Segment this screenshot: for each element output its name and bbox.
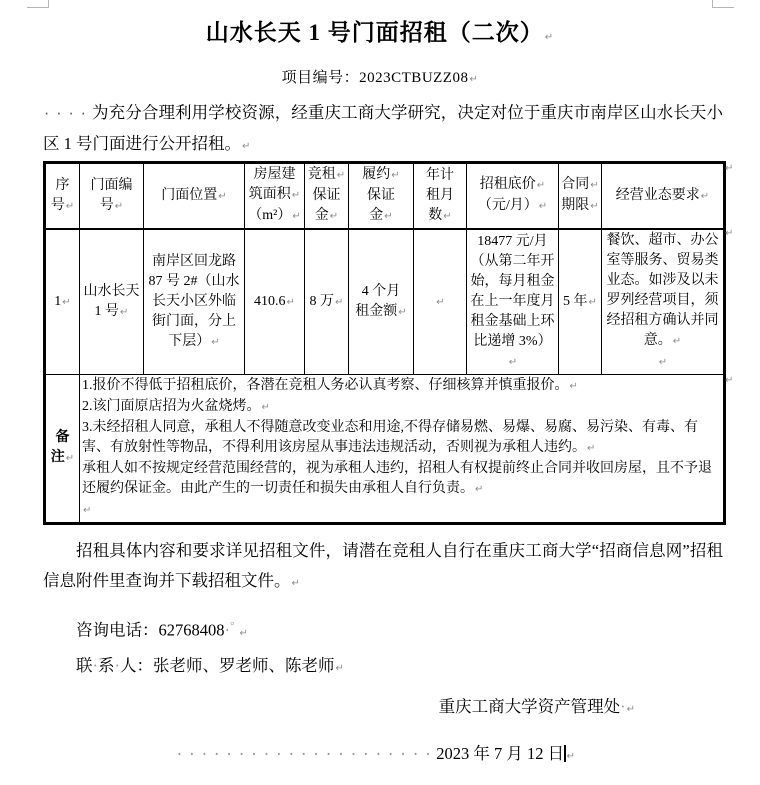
paragraph-mark: ↵ xyxy=(62,297,70,308)
signature-line: 重庆工商大学资产管理处·↵ xyxy=(43,692,723,725)
cell-line: 5 年↵ xyxy=(561,292,599,313)
paragraph-mark: ↵ xyxy=(443,211,451,222)
paragraph-mark: ↵ xyxy=(218,191,226,202)
paragraph-mark: ↵ xyxy=(673,336,681,347)
cell-line: 金↵ xyxy=(351,206,411,227)
cell-line: 房屋建 xyxy=(247,165,302,185)
header-cell: 经营业态要求↵ xyxy=(602,163,725,230)
paragraph-mark: ↵ xyxy=(120,307,128,318)
space-mark: · xyxy=(620,697,626,716)
cell-line: 在上一年度月 xyxy=(469,292,556,312)
paragraph-mark: ↵ xyxy=(211,337,219,348)
title-text: 山水长天 1 号门面招租（二次） xyxy=(206,20,544,45)
paragraph-mark: ↵ xyxy=(262,402,270,413)
cell-line: 18477 元/月 xyxy=(469,232,556,252)
cell-line: 始，每月租金 xyxy=(469,272,556,292)
cell-line: 数↵ xyxy=(416,206,464,227)
text-cursor xyxy=(564,745,566,762)
cell-line: 意。↵ xyxy=(604,331,721,352)
cell-line: 号↵ xyxy=(48,196,77,217)
remarks-label-cell: 备注↵ xyxy=(45,375,80,524)
cell-line: 保证 xyxy=(351,186,411,206)
paragraph-mark: ↵ xyxy=(115,201,123,212)
header-cell: 履约↵保证金↵ xyxy=(349,163,414,230)
cell-line: 租金额↵ xyxy=(351,302,411,323)
cell-line: 南岸区回龙路 xyxy=(146,252,242,272)
paragraph-mark: ↵ xyxy=(570,381,578,392)
data-cell: 南岸区回龙路87 号 2#（山水长天小区外临街门面，分上下层）↵ xyxy=(144,229,245,375)
cell-line: 经营业态要求↵ xyxy=(604,186,721,207)
cell-line: （元/月）↵ xyxy=(469,196,556,217)
remark-paragraph: 2.该门面原店招为火盆烧烤。↵ xyxy=(82,397,721,418)
row-end-mark: ↵ xyxy=(725,228,733,239)
cell-line: ↵ xyxy=(416,292,464,313)
cell-line: 经招租方确认并同 xyxy=(604,311,721,331)
cell-line: 期限↵ xyxy=(561,196,599,217)
header-cell: 年计租月数↵ xyxy=(414,163,467,230)
header-cell: 竞租↵保证金↵ xyxy=(305,163,349,230)
paragraph-mark: ↵ xyxy=(335,297,343,308)
cell-line: 履约↵ xyxy=(351,165,411,186)
cell-line: 下层）↵ xyxy=(146,332,242,353)
intro-paragraph: ····为充分合理利用学校资源，经重庆工商大学研究，决定对位于重庆市南岸区山水长… xyxy=(43,98,723,162)
paragraph-mark: ↵ xyxy=(587,443,595,454)
table-data-row: 1↵山水长天1 号↵南岸区回龙路87 号 2#（山水长天小区外临街门面，分上下层… xyxy=(45,229,725,375)
remark-paragraph: 1.报价不得低于招租底价，各潜在竞租人务必认真考察、仔细核算并慎重报价。↵ xyxy=(82,376,721,397)
paragraph-mark: ↵ xyxy=(398,307,406,318)
leader-space-marks: ····················· xyxy=(175,747,436,763)
paragraph-mark: ↵ xyxy=(292,578,300,589)
cell-line: 街门面，分上 xyxy=(146,312,242,332)
date-text: 2023 年 7 月 12 日 xyxy=(436,744,564,763)
paragraph-mark: ↵ xyxy=(292,211,300,222)
cell-line: 租金基础上环 xyxy=(469,312,556,332)
date-line: ·····················2023 年 7 月 12 日↵ xyxy=(43,739,723,772)
header-cell: 门面编号↵ xyxy=(80,163,144,230)
paragraph-mark: ↵ xyxy=(240,628,248,639)
cell-line: 87 号 2#（山水 xyxy=(146,272,242,292)
contact-line: 联·系·人：张老师、罗老师、陈老师↵ xyxy=(43,651,723,684)
paragraph-mark: ↵ xyxy=(659,357,667,368)
project-number-value: 2023CTBUZZ08 xyxy=(359,70,468,86)
paragraph-mark: ↵ xyxy=(469,74,478,85)
data-cell: 餐饮、超市、办公室等服务、贸易类业态。如涉及以未罗列经营项目，须经招租方确认并同… xyxy=(602,229,725,375)
paragraph-mark: ↵ xyxy=(590,201,598,212)
cell-line: 长天小区外临 xyxy=(146,292,242,312)
header-cell: 序号↵ xyxy=(45,163,80,230)
data-cell: 山水长天1 号↵ xyxy=(80,229,144,375)
project-number-label: 项目编号： xyxy=(282,70,360,86)
paragraph-mark: ↵ xyxy=(83,505,91,516)
table-header-row: 序号↵门面编号↵门面位置↵房屋建筑面积↵（m²）↵竞租↵保证金↵履约↵保证金↵年… xyxy=(45,163,725,230)
cell-line: 1↵ xyxy=(48,292,77,313)
cell-line: 业态。如涉及以未 xyxy=(604,271,721,291)
paragraph-mark: ↵ xyxy=(292,190,300,201)
paragraph-mark: ↵ xyxy=(66,453,74,464)
cell-line: ↵ xyxy=(604,352,721,373)
paragraph-mark: ↵ xyxy=(567,751,575,762)
space-marks: ···· xyxy=(43,107,92,121)
header-cell: 房屋建筑面积↵（m²）↵ xyxy=(245,163,305,230)
paragraph-mark: ↵ xyxy=(509,357,517,368)
paragraph-mark: ↵ xyxy=(627,704,635,715)
paragraph-mark: ↵ xyxy=(539,201,547,212)
signature-text: 重庆工商大学资产管理处 xyxy=(439,697,621,716)
paragraph-mark: ↵ xyxy=(384,211,392,222)
detail-paragraph: 招租具体内容和要求详见招租文件，请潜在竞租人自行在重庆工商大学“招商信息网”招租… xyxy=(43,536,723,599)
cell-line: 注↵ xyxy=(48,448,77,469)
cell-line: 8 万↵ xyxy=(307,292,346,313)
margin-crop-mark-top-left xyxy=(27,0,49,8)
cell-line: 合同↵ xyxy=(561,175,599,196)
cell-line: 门面位置↵ xyxy=(146,186,242,207)
project-number-line: 项目编号：2023CTBUZZ08↵ xyxy=(0,66,760,87)
data-cell: ↵ xyxy=(414,229,467,375)
cell-line: 4 个月 xyxy=(351,282,411,302)
document-page[interactable]: 山水长天 1 号门面招租（二次）↵ 项目编号：2023CTBUZZ08↵ ···… xyxy=(0,0,760,785)
cell-line: 比递增 3%）↵ xyxy=(469,332,556,373)
table-remarks-row: 备注↵ 1.报价不得低于招租底价，各潜在竞租人务必认真考察、仔细核算并慎重报价。… xyxy=(45,375,725,524)
cell-line: 山水长天 xyxy=(82,282,141,302)
header-cell: 招租底价↵（元/月）↵ xyxy=(467,163,559,230)
cell-line: 序 xyxy=(48,176,77,196)
row-end-mark: ↵ xyxy=(725,163,733,174)
cell-line: 410.6↵ xyxy=(247,292,302,313)
data-cell: 5 年↵ xyxy=(559,229,602,375)
phone-line: 咨询电话：62768408·° ↵ xyxy=(43,611,723,649)
cell-line: （m²）↵ xyxy=(247,206,302,227)
paragraph-mark: ↵ xyxy=(537,180,545,191)
intro-text: 为充分合理利用学校资源，经重庆工商大学研究，决定对位于重庆市南岸区山水长天小区 … xyxy=(43,103,723,153)
cell-line: 租月 xyxy=(416,186,464,206)
cell-line: 罗列经营项目，须 xyxy=(604,291,721,311)
cell-line: 室等服务、贸易类 xyxy=(604,251,721,271)
rental-info-table: 序号↵门面编号↵门面位置↵房屋建筑面积↵（m²）↵竞租↵保证金↵履约↵保证金↵年… xyxy=(43,161,726,525)
contact-label-part: 联 xyxy=(76,656,93,675)
data-cell: 8 万↵ xyxy=(305,229,349,375)
paragraph-mark: ↵ xyxy=(589,297,597,308)
paragraph-mark: ↵ xyxy=(336,663,344,674)
cell-line: 年计 xyxy=(416,166,464,186)
data-cell: 410.6↵ xyxy=(245,229,305,375)
remark-paragraph: ↵ xyxy=(82,500,721,521)
paragraph-mark: ↵ xyxy=(287,297,295,308)
cell-line: 号↵ xyxy=(82,196,141,217)
margin-crop-mark-top-right xyxy=(712,0,734,8)
paragraph-mark: ↵ xyxy=(66,201,74,212)
fullwidth-space-mark: ° xyxy=(230,620,234,632)
paragraph-mark: ↵ xyxy=(475,484,483,495)
phone-label: 咨询电话： xyxy=(76,621,159,640)
cell-line: 餐饮、超市、办公 xyxy=(604,231,721,251)
paragraph-mark: ↵ xyxy=(391,170,399,181)
page-title: 山水长天 1 号门面招租（二次）↵ xyxy=(0,14,760,47)
paragraph-mark: ↵ xyxy=(545,32,554,43)
contact-label-part: 系 xyxy=(98,656,115,675)
header-cell: 合同↵期限↵ xyxy=(559,163,602,230)
cell-line: 金↵ xyxy=(307,206,346,227)
cell-line: 筑面积↵ xyxy=(247,185,302,206)
data-cell: 1↵ xyxy=(45,229,80,375)
phone-number: 62768408 xyxy=(159,621,225,640)
cell-line: 招租底价↵ xyxy=(469,175,556,196)
cell-line: 竞租↵ xyxy=(307,165,346,186)
data-cell: 4 个月租金额↵ xyxy=(349,229,414,375)
contact-names: 张老师、罗老师、陈老师 xyxy=(153,656,335,675)
paragraph-mark: ↵ xyxy=(590,180,598,191)
header-cell: 门面位置↵ xyxy=(144,163,245,230)
row-end-mark: ↵ xyxy=(725,375,733,386)
cell-line: （从第二年开 xyxy=(469,252,556,272)
cell-line: 备 xyxy=(48,428,77,448)
paragraph-mark: ↵ xyxy=(337,170,345,181)
contact-label-part: 人： xyxy=(120,656,153,675)
cell-line: 门面编 xyxy=(82,176,141,196)
remarks-content-cell: 1.报价不得低于招租底价，各潜在竞租人务必认真考察、仔细核算并慎重报价。↵2.该… xyxy=(80,375,725,524)
cell-line: 保证 xyxy=(307,186,346,206)
paragraph-mark: ↵ xyxy=(436,297,444,308)
remark-paragraph: 3.未经招租人同意，承租人不得随意改变业态和用途,不得存储易燃、易爆、易腐、易污… xyxy=(82,418,721,459)
data-cell: 18477 元/月（从第二年开始，每月租金在上一年度月租金基础上环比递增 3%）… xyxy=(467,229,559,375)
cell-line: 1 号↵ xyxy=(82,302,141,323)
detail-text: 招租具体内容和要求详见招租文件，请潜在竞租人自行在重庆工商大学“招商信息网”招租… xyxy=(43,541,723,590)
paragraph-mark: ↵ xyxy=(330,211,338,222)
remark-paragraph: 承租人如不按规定经营范围经营的，视为承租人违约，招租人有权提前终止合同并收回房屋… xyxy=(82,459,721,500)
paragraph-mark: ↵ xyxy=(242,141,250,152)
paragraph-mark: ↵ xyxy=(701,191,709,202)
